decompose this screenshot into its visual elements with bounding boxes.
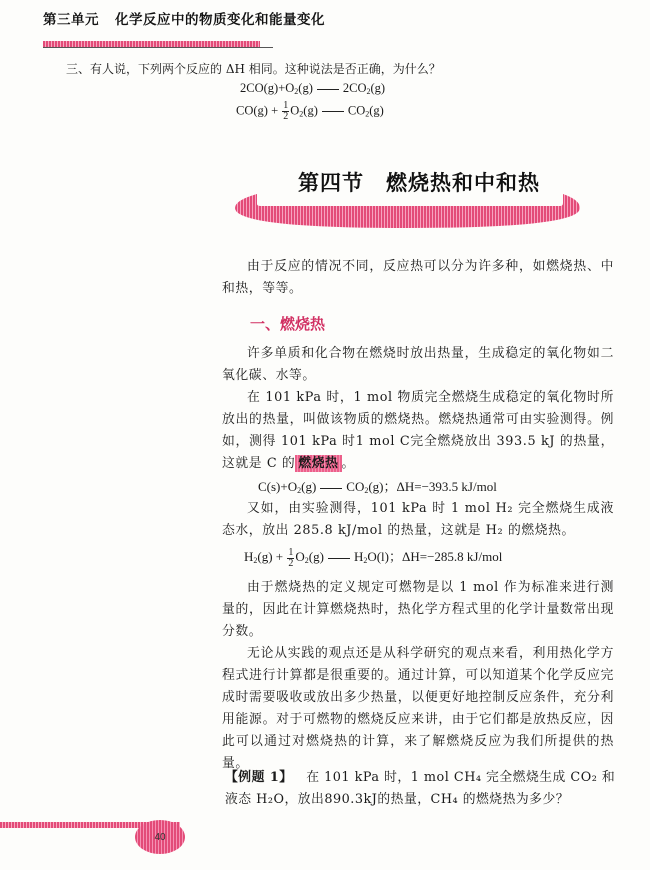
reaction-arrow: [322, 111, 344, 112]
example-problem: 【例题 1】 在 101 kPa 时，1 mol CH₄ 完全燃烧生成 CO₂ …: [225, 767, 625, 811]
reaction-arrow: [320, 488, 342, 489]
equation-hydrogen-combustion: H2(g) + 12O2(g)H2O(l)；ΔH=−285.8 kJ/mol: [244, 546, 502, 569]
chapter-title: 化学反应中的物质变化和能量变化: [115, 12, 325, 28]
paragraph-2: 在 101 kPa 时，1 mol 物质完全燃烧生成稳定的氧化物时所放出的热量，…: [222, 387, 614, 475]
section-banner-decoration: [235, 190, 580, 230]
fraction: 12: [282, 101, 289, 122]
highlighted-term: 燃烧热: [295, 455, 341, 472]
reaction-arrow: [317, 89, 339, 90]
equation-carbon-combustion: C(s)+O2(g)CO2(g)；ΔH=−393.5 kJ/mol: [258, 476, 497, 495]
paragraph-1: 许多单质和化合物在燃烧时放出热量，生成稳定的氧化物如二氧化碳、水等。: [222, 343, 614, 387]
page-number-badge: 40: [135, 820, 185, 854]
header-divider: [43, 47, 273, 48]
equation-2: CO(g) + 12O2(g)CO2(g): [236, 101, 384, 122]
example-label: 【例题 1】: [225, 770, 293, 785]
fraction: 12: [287, 548, 294, 569]
equation-1: 2CO(g)+O2(g)2CO2(g): [240, 81, 385, 96]
exercise-question: 三、有人说，下列两个反应的 ΔH 相同。这种说法是否正确，为什么？: [66, 60, 441, 77]
paragraph-3: 又如，由实验测得，101 kPa 时 1 mol H₂ 完全燃烧生成液态水，放出…: [222, 498, 614, 542]
paragraph-5: 无论从实践的观点还是从科学研究的观点来看，利用热化学方程式进行计算都是很重要的。…: [222, 643, 614, 775]
intro-paragraph: 由于反应的情况不同，反应热可以分为许多种，如燃烧热、中和热，等等。: [222, 256, 614, 300]
page-number: 40: [154, 832, 165, 843]
unit-header: 第三单元化学反应中的物质变化和能量变化: [43, 8, 325, 28]
subsection-heading: 一、燃烧热: [250, 313, 325, 334]
paragraph-4: 由于燃烧热的定义规定可燃物是以 1 mol 作为标准来进行测量的，因此在计算燃烧…: [222, 577, 614, 643]
unit-label: 第三单元: [43, 12, 99, 28]
reaction-arrow: [328, 558, 350, 559]
